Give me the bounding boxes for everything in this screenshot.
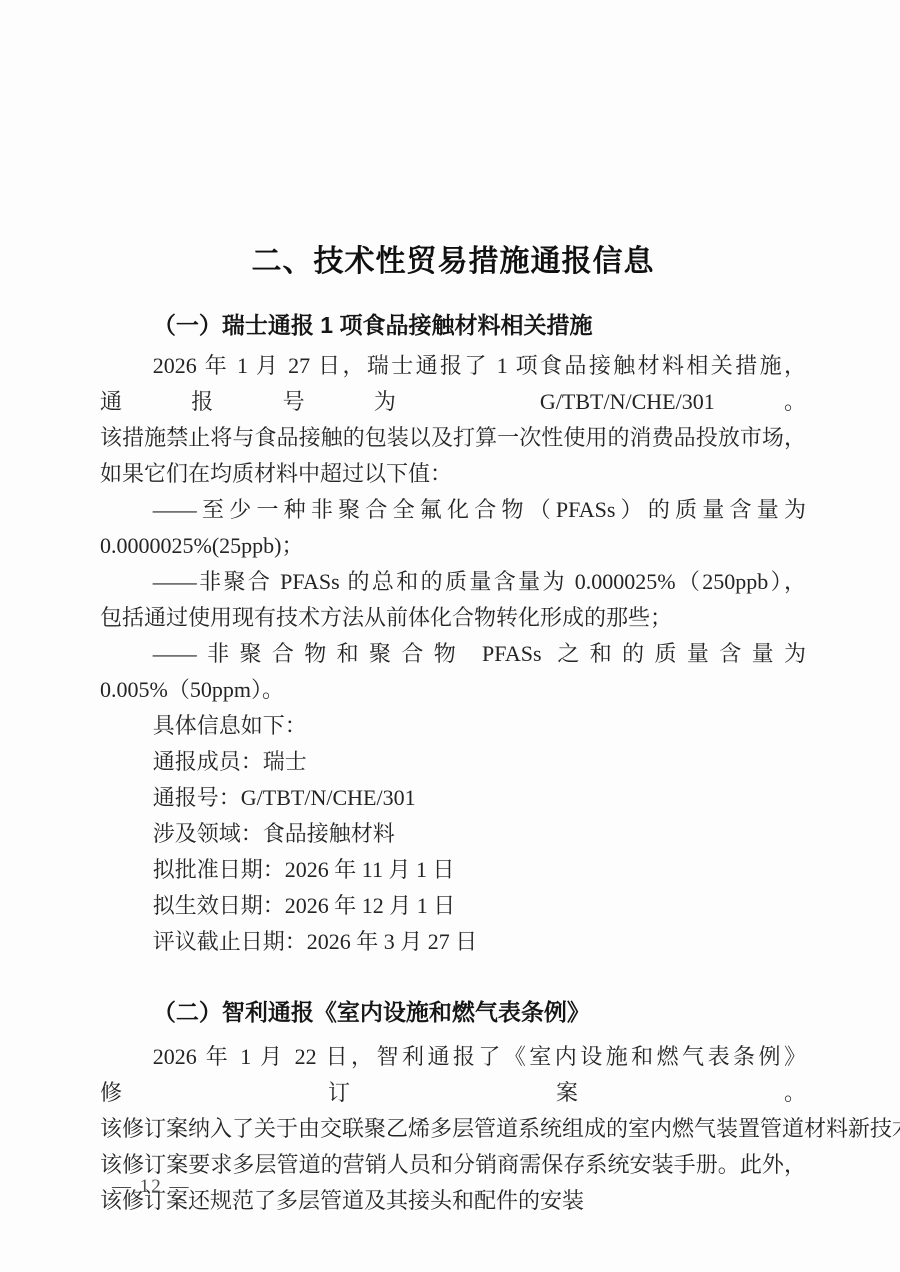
- limit-item-1: ——至少一种非聚合全氟化合物（PFASs）的质量含量为 0.0000025%(2…: [100, 492, 806, 564]
- page-number: — 12 —: [112, 1176, 191, 1198]
- section-2-heading: （二）智利通报《室内设施和燃气表条例》: [100, 994, 806, 1030]
- document-page: 二、技术性贸易措施通报信息 （一）瑞士通报 1 项食品接触材料相关措施 2026…: [0, 0, 900, 1272]
- detail-comment-deadline: 评议截止日期：2026 年 3 月 27 日: [100, 924, 806, 960]
- limit-item-3: ——非聚合物和聚合物 PFASs 之和的质量含量为 0.005%（50ppm）。: [100, 636, 806, 708]
- detail-covered-field: 涉及领域：食品接触材料: [100, 816, 806, 852]
- detail-proposed-adoption-date: 拟批准日期：2026 年 11 月 1 日: [100, 852, 806, 888]
- section-switzerland-notification: （一）瑞士通报 1 项食品接触材料相关措施 2026 年 1 月 27 日，瑞士…: [100, 307, 806, 960]
- detail-notification-number: 通报号：G/TBT/N/CHE/301: [100, 780, 806, 816]
- document-title: 二、技术性贸易措施通报信息: [100, 240, 806, 284]
- details-intro-line: 具体信息如下：: [100, 708, 806, 744]
- section-1-intro-paragraph: 2026 年 1 月 27 日，瑞士通报了 1 项食品接触材料相关措施，通报号为…: [100, 348, 806, 492]
- page-content: 二、技术性贸易措施通报信息 （一）瑞士通报 1 项食品接触材料相关措施 2026…: [100, 0, 806, 1219]
- detail-notifying-member: 通报成员：瑞士: [100, 744, 806, 780]
- section-1-heading: （一）瑞士通报 1 项食品接触材料相关措施: [100, 307, 806, 343]
- detail-proposed-effective-date: 拟生效日期：2026 年 12 月 1 日: [100, 888, 806, 924]
- section-chile-notification: （二）智利通报《室内设施和燃气表条例》 2026 年 1 月 22 日，智利通报…: [100, 994, 806, 1219]
- section-2-intro-paragraph: 2026 年 1 月 22 日，智利通报了《室内设施和燃气表条例》修订案。该修订…: [100, 1039, 806, 1219]
- limit-item-2: ——非聚合 PFASs 的总和的质量含量为 0.000025%（250ppb），…: [100, 564, 806, 636]
